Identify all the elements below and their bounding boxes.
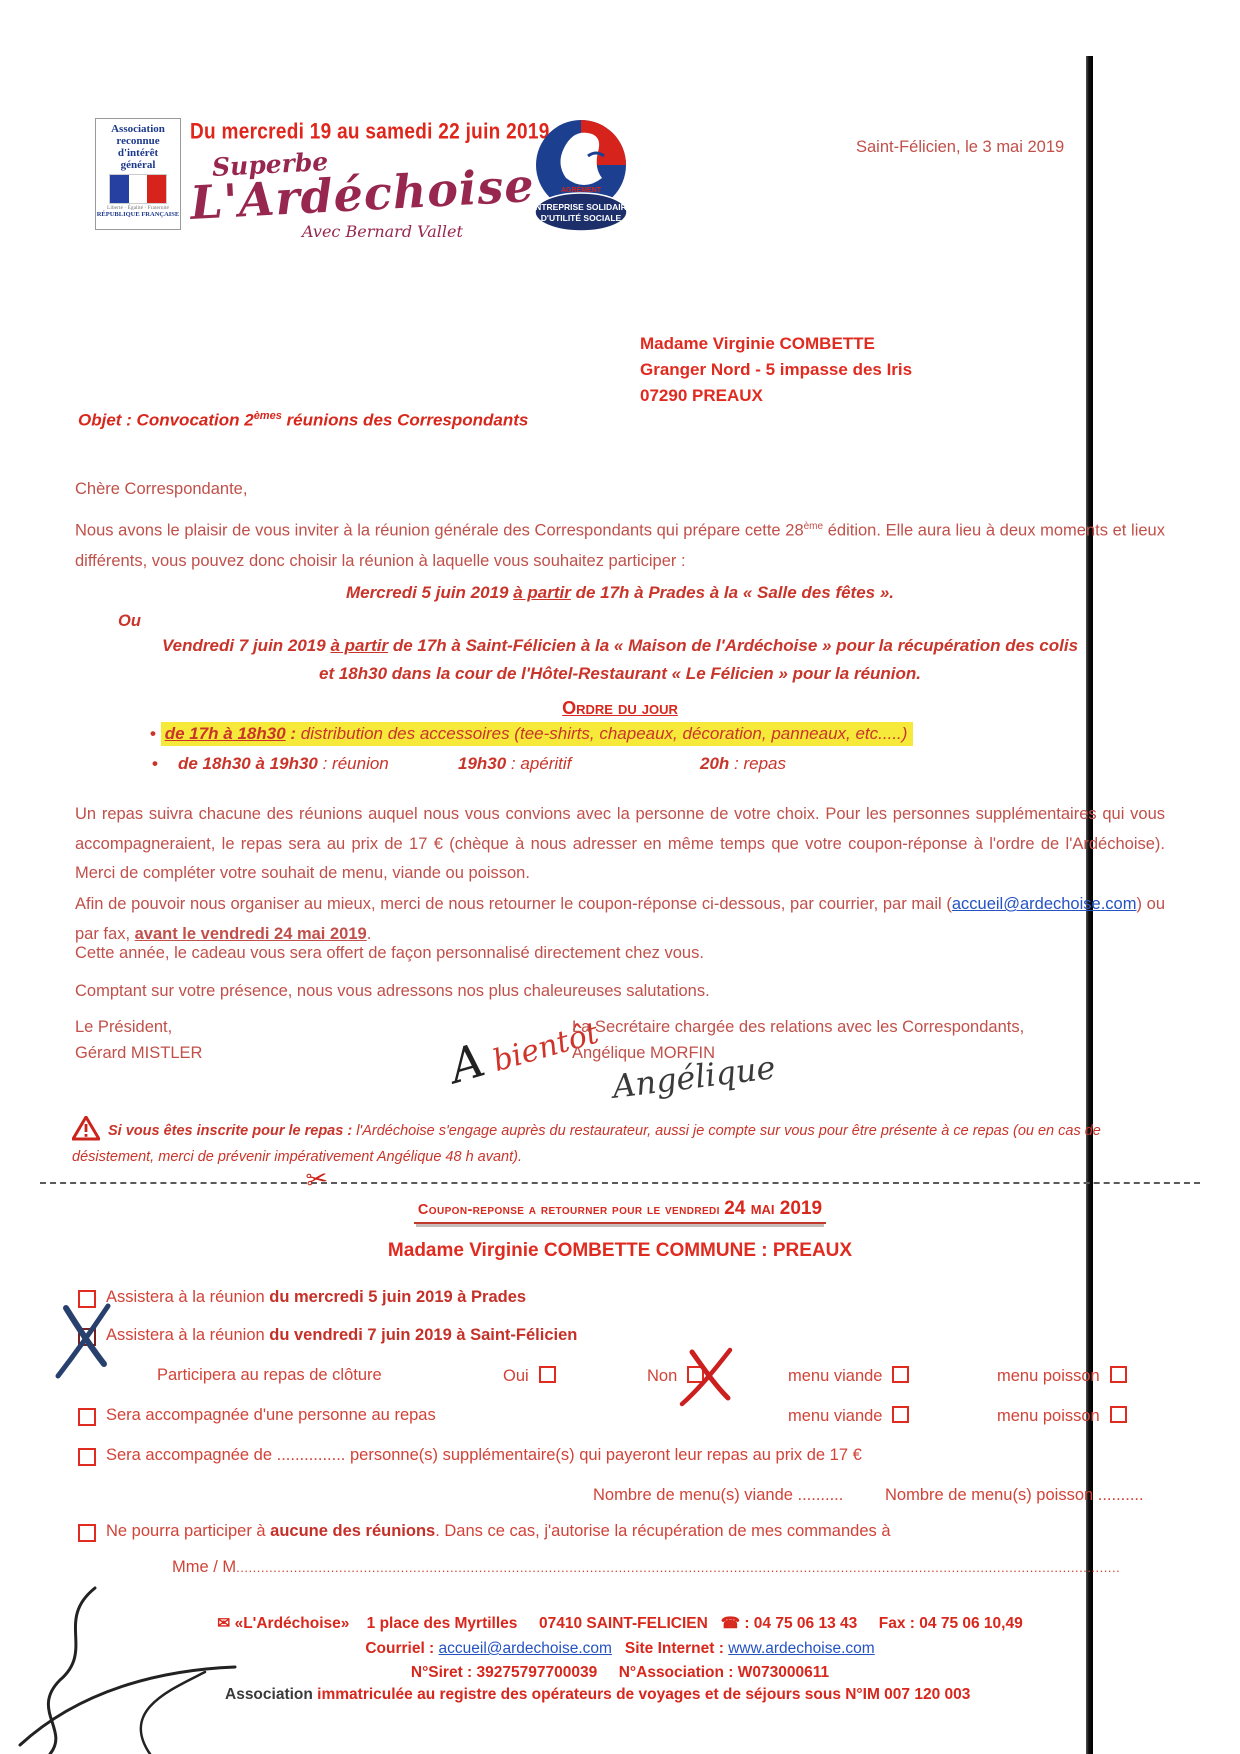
row-text-end: personne(s) supplémentaire(s) qui payero…	[345, 1446, 861, 1464]
agenda-item-1: • de 17h à 18h30 : distribution des acce…	[150, 724, 913, 744]
date-line: Saint-Félicien, le 3 mai 2019	[856, 138, 1064, 157]
subject-line: Objet : Convocation 2èmes réunions des C…	[78, 410, 528, 431]
warning-bold-text: Si vous êtes inscrite pour le repas :	[108, 1123, 352, 1139]
president-title: Le Président,	[75, 1018, 172, 1037]
paragraph-repas: Un repas suivra chacune des réunions auq…	[75, 800, 1165, 889]
row-accompagnee-label: Sera accompagnée d'une personne au repas	[106, 1406, 436, 1425]
agenda-item-1-time: de 17h à 18h30	[165, 724, 286, 743]
count-menu-viande[interactable]: Nombre de menu(s) viande ..........	[593, 1486, 843, 1505]
agenda-item-2-seg-2: 19h30 : apéritif	[458, 754, 571, 774]
handwritten-red-x-mark	[678, 1344, 738, 1406]
roundel-label-line: D'UTILITÉ SOCIALE	[541, 213, 622, 223]
row-reunion-saint-felicien: Assistera à la réunion du vendredi 7 jui…	[106, 1326, 577, 1345]
row-text: Sera accompagnée de	[106, 1446, 277, 1464]
pen-scribble-mark	[0, 1570, 260, 1754]
agenda-time: 19h30	[458, 754, 506, 773]
row-mme-m: Mme / M.................................…	[172, 1558, 1162, 1577]
handwritten-a: A	[443, 1033, 490, 1094]
menu-viande-label: menu viande	[788, 1407, 882, 1425]
menu-poisson-label: menu poisson	[997, 1407, 1100, 1425]
edition-superscript: ème	[804, 521, 823, 532]
footer-site-link[interactable]: www.ardechoise.com	[728, 1640, 874, 1657]
checkbox-oui[interactable]	[539, 1366, 556, 1383]
agenda-item-2-seg-1: de 18h30 à 19h30 : réunion	[178, 754, 389, 774]
agenda-heading-text: Ordre du jour	[562, 698, 678, 718]
french-flag-icon	[109, 174, 167, 204]
scissors-icon: ✂	[304, 1163, 330, 1197]
footer-legal-line: Association immatriculée au registre des…	[225, 1686, 970, 1704]
event-dates-banner: Du mercredi 19 au samedi 22 juin 2019	[190, 120, 550, 145]
recipient-street: Granger Nord - 5 impasse des Iris	[640, 360, 912, 380]
menu-viande-label: menu viande	[788, 1367, 882, 1385]
option-menu-viande: menu viande	[788, 1366, 909, 1386]
badge-line: reconnue	[96, 135, 180, 147]
meeting-2-line-1: Vendredi 7 juin 2019 à partir de 17h à S…	[0, 636, 1240, 656]
option-menu-poisson: menu poisson	[997, 1366, 1127, 1386]
meeting-2-date: Vendredi 7 juin 2019	[162, 636, 331, 655]
subject-text: Objet : Convocation 2	[78, 411, 254, 430]
phone-icon: ☎	[721, 1615, 740, 1632]
or-word: Ou	[118, 612, 141, 631]
agenda-desc: : apéritif	[506, 754, 571, 773]
subject-text-end: réunions des Correspondants	[282, 411, 529, 430]
meeting-1-date: Mercredi 5 juin 2019	[346, 583, 513, 602]
paragraph-coupon-text: Afin de pouvoir nous organiser au mieux,…	[75, 895, 952, 913]
paragraph-cadeau: Cette année, le cadeau vous sera offert …	[75, 944, 704, 963]
deadline-text: avant le vendredi 24 mai 2019	[135, 925, 367, 943]
badge-country: RÉPUBLIQUE FRANÇAISE	[96, 211, 180, 218]
agenda-heading: Ordre du jour	[0, 698, 1240, 719]
meeting-2-line-2: et 18h30 dans la cour de l'Hôtel-Restaur…	[0, 664, 1240, 684]
cut-line	[40, 1182, 1200, 1184]
menu-poisson-label: menu poisson	[997, 1367, 1100, 1385]
row-personnes-supplementaires: Sera accompagnée de ............... pers…	[106, 1446, 862, 1465]
recipient-name: Madame Virginie COMBETTE	[640, 334, 875, 354]
roundel-label-line: ENTREPRISE SOLIDAIRE	[530, 202, 633, 212]
agenda-desc: : réunion	[318, 754, 389, 773]
checkbox-accompagnee-personne[interactable]	[78, 1408, 96, 1426]
bullet-icon: •	[150, 724, 156, 743]
meeting-1-line: Mercredi 5 juin 2019 à partir de 17h à P…	[0, 583, 1240, 603]
email-link[interactable]: accueil@ardechoise.com	[952, 895, 1137, 913]
checkbox-menu-viande[interactable]	[892, 1366, 909, 1383]
checkbox-personnes-supplementaires[interactable]	[78, 1448, 96, 1466]
paragraph-coupon: Afin de pouvoir nous organiser au mieux,…	[75, 890, 1165, 949]
footer-site-label: Site Internet :	[625, 1640, 728, 1657]
row-bold-text: aucune des réunions	[270, 1522, 435, 1540]
agenda-item-1-highlight: de 17h à 18h30 : distribution des access…	[161, 722, 914, 746]
meeting-2-place: de 17h à Saint-Félicien à la « Maison de…	[388, 636, 1078, 655]
count-menu-poisson[interactable]: Nombre de menu(s) poisson ..........	[885, 1486, 1144, 1505]
footer-email-link[interactable]: accueil@ardechoise.com	[439, 1640, 612, 1657]
footer-siret: N°Siret : 39275797700039	[411, 1664, 597, 1681]
paragraph-coupon-end: .	[367, 925, 372, 943]
meeting-2-apartir: à partir	[330, 636, 388, 655]
association-badge: Association reconnue d'intérêt général L…	[95, 118, 181, 230]
row-aucune-reunion: Ne pourra participer à aucune des réunio…	[106, 1522, 891, 1541]
badge-line: Association	[96, 123, 180, 135]
footer-address: 1 place des Myrtilles	[367, 1615, 518, 1632]
option-oui: Oui	[503, 1366, 556, 1386]
coupon-title-date: 24 mai 2019	[724, 1198, 822, 1219]
paragraph-salutations: Comptant sur votre présence, nous vous a…	[75, 982, 710, 1001]
badge-line: général	[96, 159, 180, 171]
row-text-end: . Dans ce cas, j'autorise la récupératio…	[435, 1522, 890, 1540]
letter-page: Association reconnue d'intérêt général L…	[0, 0, 1240, 1754]
salutation: Chère Correspondante,	[75, 480, 247, 499]
subject-superscript: èmes	[254, 410, 282, 422]
badge-line: d'intérêt	[96, 147, 180, 159]
row-text: Assistera à la réunion	[106, 1288, 269, 1306]
footer-city: 07410 SAINT-FELICIEN	[539, 1615, 708, 1632]
cyclist-roundel-logo: AGRÉMENT ENTREPRISE SOLIDAIRE D'UTILITÉ …	[528, 118, 634, 234]
paragraph-invitation-text: Nous avons le plaisir de vous inviter à …	[75, 522, 804, 540]
option-menu-viande-2: menu viande	[788, 1406, 909, 1426]
meeting-1-place: de 17h à Prades à la « Salle des fêtes »…	[571, 583, 894, 602]
checkbox-menu-viande-2[interactable]	[892, 1406, 909, 1423]
row-bold-text: du mercredi 5 juin 2019 à Prades	[269, 1288, 526, 1306]
footer-email-label: Courriel :	[365, 1640, 438, 1657]
option-menu-poisson-2: menu poisson	[997, 1406, 1127, 1426]
warning-icon	[72, 1116, 100, 1141]
recipient-city: 07290 PREAUX	[640, 386, 763, 406]
row-text: Ne pourra participer à	[106, 1522, 270, 1540]
president-name: Gérard MISTLER	[75, 1044, 202, 1063]
agenda-item-1-text: distribution des accessoires (tee-shirts…	[301, 724, 908, 743]
agenda-item-1-sep: :	[286, 724, 301, 743]
option-non-label: Non	[647, 1367, 677, 1385]
name-fill-in-blank[interactable]: ........................................…	[236, 1560, 1120, 1575]
coupon-title-text: Coupon-reponse a retourner pour le vendr…	[418, 1202, 724, 1218]
coupon-recipient-line: Madame Virginie COMBETTE COMMUNE : PREAU…	[0, 1240, 1240, 1262]
footer-legal-text: immatriculée au registre des opérateurs …	[313, 1686, 971, 1703]
row-text: Assistera à la réunion	[106, 1326, 269, 1344]
bullet-icon: •	[152, 754, 158, 774]
logo-subtitle: Avec Bernard Vallet	[302, 222, 463, 241]
meeting-1-apartir: à partir	[513, 583, 571, 602]
footer-fax: Fax : 04 75 06 10,49	[879, 1615, 1023, 1632]
option-oui-label: Oui	[503, 1367, 529, 1385]
row-repas-cloture-label: Participera au repas de clôture	[157, 1366, 382, 1385]
checkbox-aucune-reunion[interactable]	[78, 1524, 96, 1542]
agenda-time: 20h	[700, 754, 729, 773]
row-bold-text: du vendredi 7 juin 2019 à Saint-Félicien	[269, 1326, 577, 1344]
checkbox-menu-poisson[interactable]	[1110, 1366, 1127, 1383]
agenda-desc: : repas	[729, 754, 786, 773]
footer-phone: : 04 75 06 13 43	[744, 1615, 857, 1632]
checkbox-menu-poisson-2[interactable]	[1110, 1406, 1127, 1423]
agenda-time: de 18h30 à 19h30	[178, 754, 318, 773]
paragraph-invitation: Nous avons le plaisir de vous inviter à …	[75, 512, 1165, 576]
warning-note: Si vous êtes inscrite pour le repas : l'…	[72, 1116, 1167, 1170]
fill-in-blank[interactable]: ...............	[277, 1446, 346, 1464]
footer-association-number: N°Association : W073000611	[619, 1664, 829, 1681]
row-reunion-prades: Assistera à la réunion du mercredi 5 jui…	[106, 1288, 526, 1307]
secretary-title: La Secrétaire chargée des relations avec…	[572, 1018, 1024, 1037]
agenda-item-2-seg-3: 20h : repas	[700, 754, 786, 774]
coupon-title: Coupon-reponse a retourner pour le vendr…	[0, 1198, 1240, 1224]
